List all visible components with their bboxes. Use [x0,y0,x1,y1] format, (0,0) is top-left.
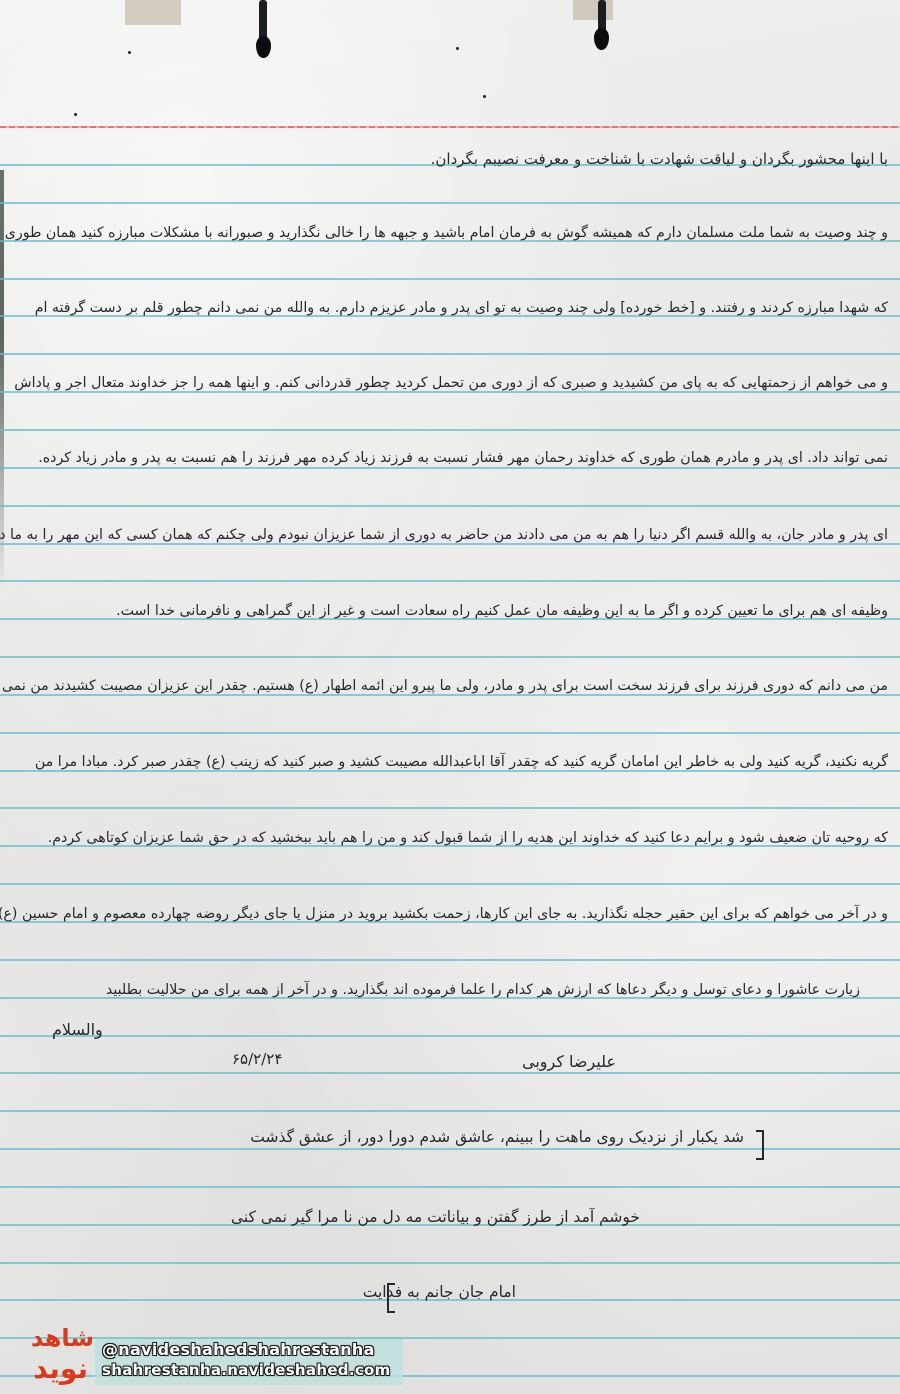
poem-line-1: شد یکبار از نزدیک روی ماهت را ببینم، عاش… [250,1128,744,1146]
watermark-website: shahrestanha.navideshahed.com [102,1361,391,1379]
paper-sheet [0,0,900,1394]
ruled-line [0,429,900,431]
ruled-line [0,694,900,696]
open-bracket [756,1130,764,1160]
ruled-line [0,353,900,355]
ruled-line [0,391,900,393]
ruled-line [0,732,900,734]
navideshahed-logo: شاهد نوید [26,1324,98,1390]
tape-strip [573,0,613,20]
ruled-line [0,467,900,469]
ruled-line [0,1186,900,1188]
ruled-line [0,505,900,507]
letter-line-7: وظیفه ای هم برای ما تعیین کرده و اگر ما … [116,603,888,619]
ruled-line [0,278,900,280]
paper-speck [74,113,77,116]
ruled-line [0,543,900,545]
tape-strip [125,0,181,25]
margin-rule [0,126,900,128]
letter-line-10: که روحیه تان ضعیف شود و برایم دعا کنید ک… [48,830,888,846]
ruled-line [0,656,900,658]
ruled-line [0,883,900,885]
poem-line-3: امام جان جانم به فدایت [363,1283,516,1301]
letter-line-2: و چند وصیت به شما ملت مسلمان دارم که همی… [5,225,888,241]
watermark-handle: @navideshahedshahrestanha [102,1340,375,1359]
poem-line-2: خوشم آمد از طرز گفتن و بیاناتت مه دل من … [231,1208,640,1226]
letter-line-6: ای پدر و مادر جان، به والله قسم اگر دنیا… [0,527,888,543]
letter-line-1: با اینها محشور بگردان و لیاقت شهادت با ش… [431,150,888,168]
letter-line-3: که شهدا مبارزه کردند و رفتند. و [خط خورد… [35,300,888,316]
signature: علیرضا کروبی [522,1052,616,1071]
ruled-line [0,1035,900,1037]
paper-speck [128,51,131,54]
paper-speck [456,47,459,50]
ruled-line [0,580,900,582]
letter-line-11: و در آخر می خواهم که برای این حقیر حجله … [0,906,888,922]
closing-salutation: والسلام [52,1020,103,1039]
logo-text-shahed: شاهد [31,1324,94,1352]
letter-line-4: و می خواهم از زحمتهایی که به پای من کشید… [14,375,888,391]
ruled-line [0,1110,900,1112]
date: ۶۵/۲/۲۴ [232,1050,282,1068]
ruled-line [0,959,900,961]
letter-line-8: من می دانم که دوری فرزند برای فرزند سخت … [0,678,888,694]
paper-speck [483,95,486,98]
ruled-line [0,202,900,204]
letter-line-5: نمی تواند داد. ای پدر و مادرم همان طوری … [38,450,888,466]
ruled-line [0,770,900,772]
ruled-line [0,1148,900,1150]
ruled-line [0,1262,900,1264]
logo-text-navid: نوید [33,1352,88,1385]
letter-line-12: زیارت عاشورا و دعای توسل و دیگر دعاها که… [106,982,860,998]
ruled-line [0,1072,900,1074]
letter-line-9: گریه نکنید، گریه کنید ولی به خاطر این ام… [35,754,888,770]
ruled-line [0,807,900,809]
